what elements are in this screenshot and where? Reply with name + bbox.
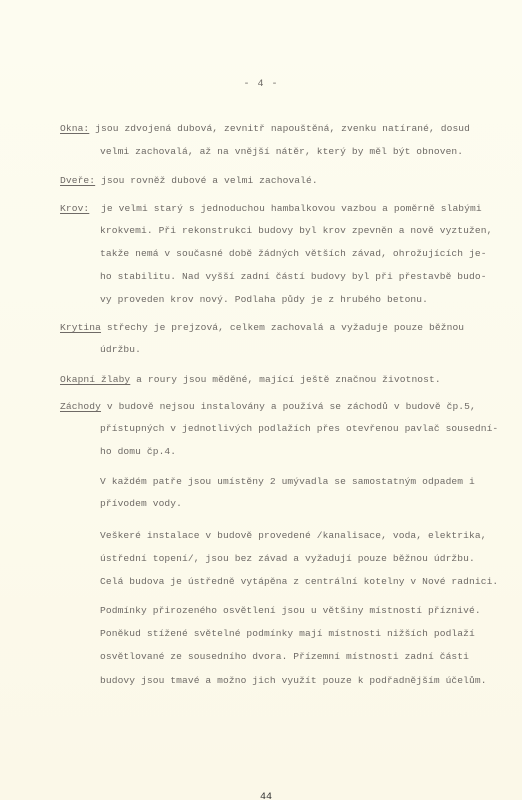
page-number: - 4 - bbox=[0, 79, 522, 90]
section-zachody-line-3: ho domu čp.4. bbox=[100, 446, 176, 457]
section-okna-line-1: Okna: jsou zdvojená dubová, zevnitř napo… bbox=[60, 123, 470, 134]
paragraph-instalace-line-2: ústřední topení/, jsou bez závad a vyžad… bbox=[100, 553, 475, 564]
text: střechy je prejzová, celkem zachovalá a … bbox=[101, 322, 464, 333]
section-label-okapni-zlaby: Okapní žlaby bbox=[60, 374, 130, 385]
section-krov-line-4: ho stabilitu. Nad vyšší zadní částí budo… bbox=[100, 271, 487, 282]
paragraph-instalace-line-1: Veškeré instalace v budově provedené /ka… bbox=[100, 530, 487, 541]
section-label-dvere: Dveře: bbox=[60, 175, 95, 186]
section-dvere-line-1: Dveře: jsou rovněž dubové a velmi zachov… bbox=[60, 175, 318, 186]
bottom-page-mark: 44 bbox=[260, 792, 272, 800]
text: a roury jsou měděné, mající ještě značno… bbox=[130, 374, 440, 385]
text: v budově nejsou instalovány a používá se… bbox=[101, 401, 476, 412]
section-krov-line-3: takže nemá v současné době žádných větší… bbox=[100, 248, 487, 259]
paragraph-osvetleni-line-2: Poněkud stížené světelné podmínky mají m… bbox=[100, 628, 475, 639]
section-zachody-line-5: přívodem vody. bbox=[100, 498, 182, 509]
section-krov-line-2: krokvemi. Při rekonstrukci budovy byl kr… bbox=[100, 225, 492, 236]
section-krov-line-1: Krov: je velmi starý s jednoduchou hamba… bbox=[60, 203, 482, 214]
section-zachody-line-2: přístupných v jednotlivých podlažích pře… bbox=[100, 423, 498, 434]
paragraph-instalace-line-3: Celá budova je ústředně vytápěna z centr… bbox=[100, 576, 498, 587]
section-krov-line-5: vy proveden krov nový. Podlaha půdy je z… bbox=[100, 294, 428, 305]
section-label-zachody: Záchody bbox=[60, 401, 101, 412]
section-zachody-line-4: V každém patře jsou umístěny 2 umývadla … bbox=[100, 476, 475, 487]
text: jsou zdvojená dubová, zevnitř napouštěná… bbox=[89, 123, 470, 134]
section-krytina-line-2: údržbu. bbox=[100, 344, 141, 355]
section-label-okna: Okna: bbox=[60, 123, 89, 134]
section-zachody-line-1: Záchody v budově nejsou instalovány a po… bbox=[60, 401, 476, 412]
text: je velmi starý s jednoduchou hambalkovou… bbox=[89, 203, 481, 214]
section-okapni-zlaby-line-1: Okapní žlaby a roury jsou měděné, mající… bbox=[60, 374, 441, 385]
paragraph-osvetleni-line-4: budovy jsou tmavé a možno jich využít po… bbox=[100, 675, 487, 686]
section-krytina-line-1: Krytina střechy je prejzová, celkem zach… bbox=[60, 322, 464, 333]
paragraph-osvetleni-line-3: osvětlované ze sousedního dvora. Přízemn… bbox=[100, 651, 469, 662]
document-page: - 4 - Okna: jsou zdvojená dubová, zevnit… bbox=[0, 0, 522, 800]
section-okna-line-2: velmi zachovalá, až na vnější nátěr, kte… bbox=[100, 146, 463, 157]
paragraph-osvetleni-line-1: Podmínky přirozeného osvětlení jsou u vě… bbox=[100, 605, 481, 616]
section-label-krov: Krov: bbox=[60, 203, 89, 214]
text: jsou rovněž dubové a velmi zachovalé. bbox=[95, 175, 318, 186]
section-label-krytina: Krytina bbox=[60, 322, 101, 333]
